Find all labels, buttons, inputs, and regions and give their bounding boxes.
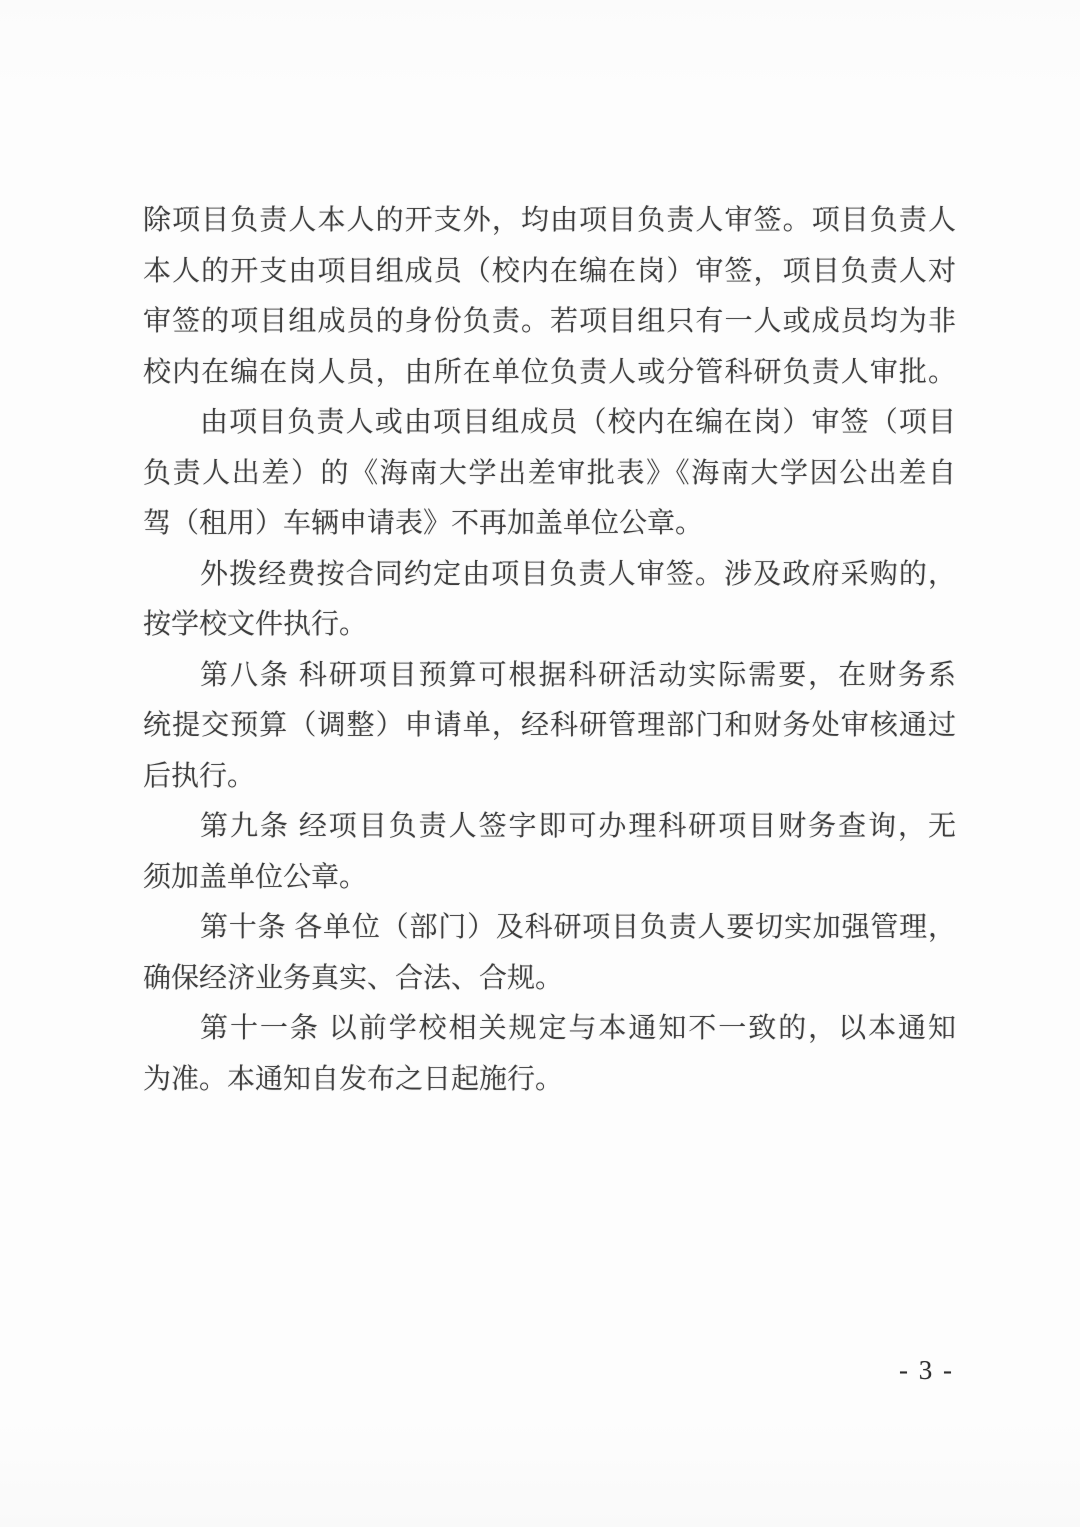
text-line: 为准。本通知自发布之日起施行。 <box>143 1055 956 1106</box>
page-number: - 3 - <box>899 1355 954 1386</box>
text-line: 第十一条 以前学校相关规定与本通知不一致的，以本通知 <box>143 1004 956 1055</box>
text-line: 确保经济业务真实、合法、合规。 <box>143 954 956 1005</box>
text-line: 除项目负责人本人的开支外，均由项目负责人审签。项目负责人 <box>143 196 956 247</box>
text-line: 统提交预算（调整）申请单，经科研管理部门和财务处审核通过 <box>143 701 956 752</box>
text-line: 外拨经费按合同约定由项目负责人审签。涉及政府采购的， <box>143 550 956 601</box>
text-line: 校内在编在岗人员，由所在单位负责人或分管科研负责人审批。 <box>143 348 956 399</box>
text-line: 第十条 各单位（部门）及科研项目负责人要切实加强管理， <box>143 903 956 954</box>
text-line: 后执行。 <box>143 752 956 803</box>
text-line: 按学校文件执行。 <box>143 600 956 651</box>
text-line: 由项目负责人或由项目组成员（校内在编在岗）审签（项目 <box>143 398 956 449</box>
document-body: 除项目负责人本人的开支外，均由项目负责人审签。项目负责人本人的开支由项目组成员（… <box>143 196 956 1105</box>
text-line: 第八条 科研项目预算可根据科研活动实际需要，在财务系 <box>143 651 956 702</box>
text-line: 驾（租用）车辆申请表》不再加盖单位公章。 <box>143 499 956 550</box>
document-page: 除项目负责人本人的开支外，均由项目负责人审签。项目负责人本人的开支由项目组成员（… <box>0 0 1080 1527</box>
text-line: 本人的开支由项目组成员（校内在编在岗）审签，项目负责人对 <box>143 247 956 298</box>
text-line: 须加盖单位公章。 <box>143 853 956 904</box>
text-line: 负责人出差）的《海南大学出差审批表》《海南大学因公出差自 <box>143 449 956 500</box>
text-line: 审签的项目组成员的身份负责。若项目组只有一人或成员均为非 <box>143 297 956 348</box>
text-line: 第九条 经项目负责人签字即可办理科研项目财务查询，无 <box>143 802 956 853</box>
